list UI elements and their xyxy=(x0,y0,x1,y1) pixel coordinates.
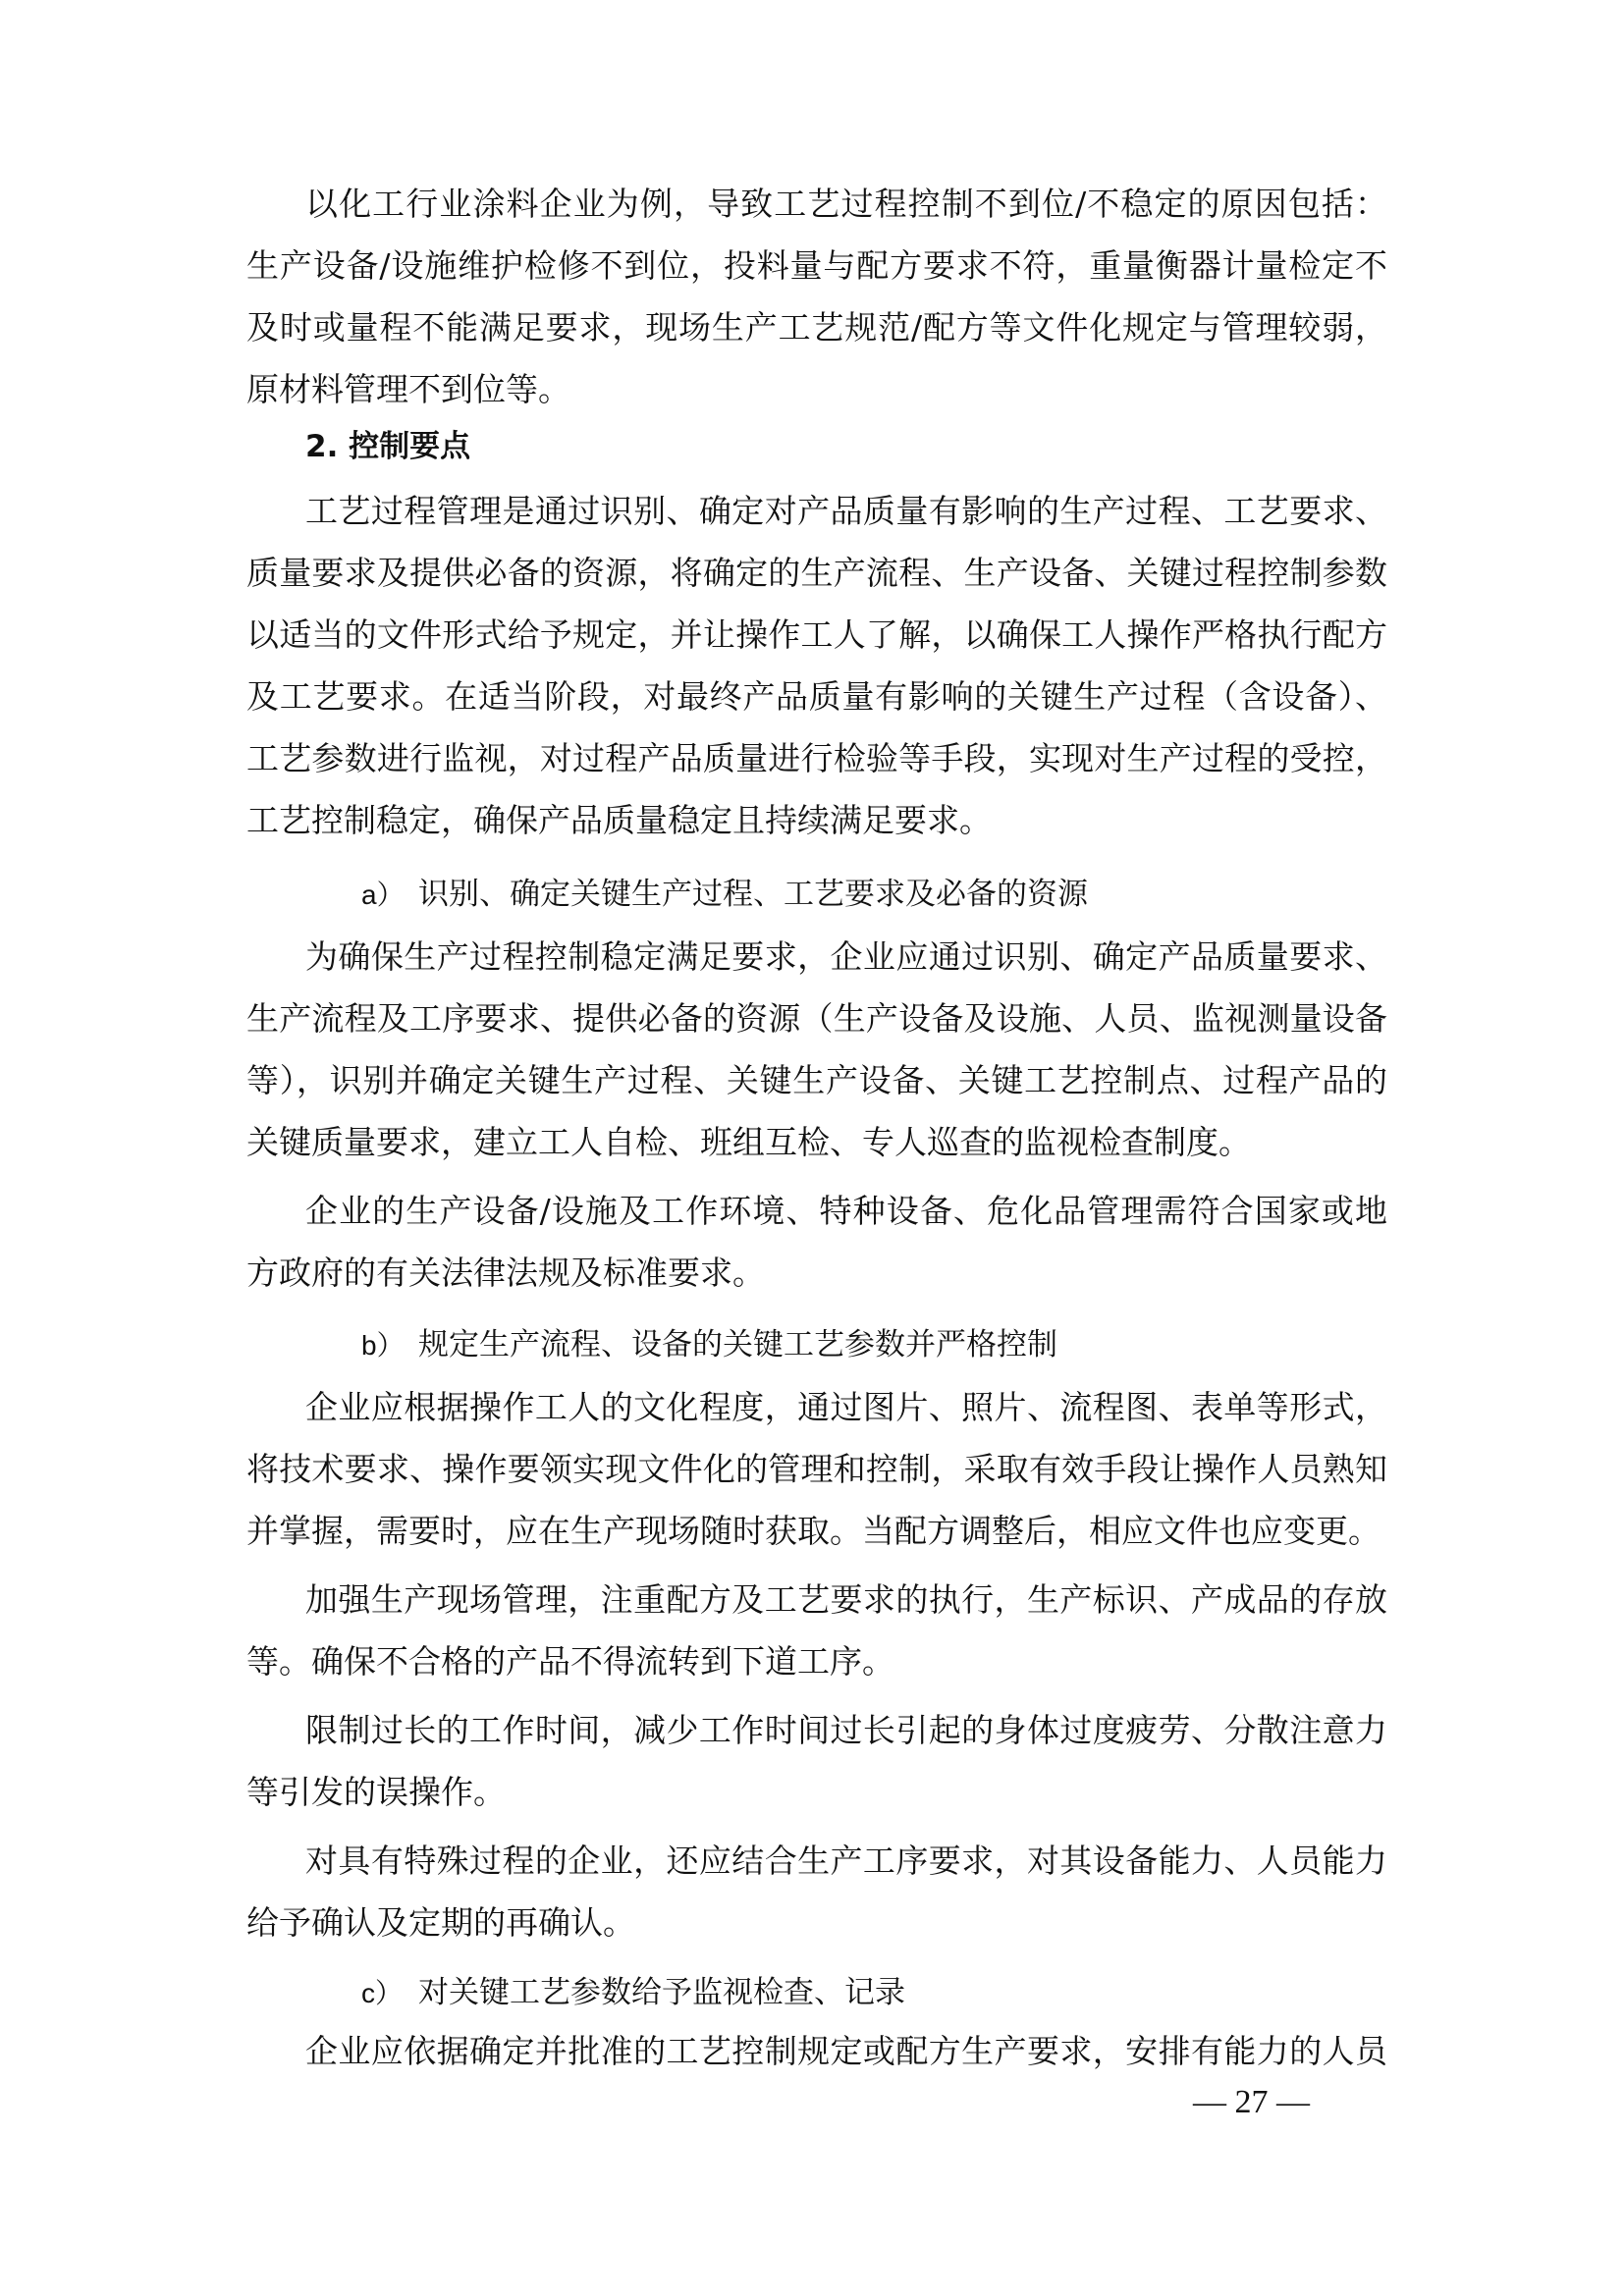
paragraph-line: 工艺参数进行监视，对过程产品质量进行检验等手段，实现对生产过程的受控， xyxy=(246,737,1387,780)
paragraph-line: 关键质量要求，建立工人自检、班组互检、专人巡查的监视检查制度。 xyxy=(246,1121,1387,1164)
paragraph-line: 以适当的文件形式给予规定，并让操作工人了解，以确保工人操作严格执行配方 xyxy=(246,614,1387,657)
subitem-a: a）识别、确定关键生产过程、工艺要求及必备的资源 xyxy=(361,873,1088,917)
page-number: — 27 — xyxy=(1193,2081,1310,2124)
paragraph-line: 以化工行业涂料企业为例，导致工艺过程控制不到位/不稳定的原因包括： xyxy=(305,183,1387,226)
paragraph-line: 对具有特殊过程的企业，还应结合生产工序要求，对其设备能力、人员能力 xyxy=(305,1840,1387,1883)
paragraph-line: 为确保生产过程控制稳定满足要求，企业应通过识别、确定产品质量要求、 xyxy=(305,935,1387,979)
paragraph-line: 工艺过程管理是通过识别、确定对产品质量有影响的生产过程、工艺要求、 xyxy=(305,490,1387,533)
paragraph-line: 企业应依据确定并批准的工艺控制规定或配方生产要求，安排有能力的人员 xyxy=(305,2030,1387,2073)
subitem-marker: b） xyxy=(361,1324,418,1367)
subitem-marker: a） xyxy=(361,874,418,917)
subitem-b: b）规定生产流程、设备的关键工艺参数并严格控制 xyxy=(361,1323,1057,1367)
paragraph-line: 将技术要求、操作要领实现文件化的管理和控制，采取有效手段让操作人员熟知 xyxy=(246,1448,1387,1491)
paragraph-line: 限制过长的工作时间，减少工作时间过长引起的身体过度疲劳、分散注意力 xyxy=(305,1709,1387,1752)
paragraph-line: 等），识别并确定关键生产过程、关键生产设备、关键工艺控制点、过程产品的 xyxy=(246,1059,1387,1102)
paragraph-line: 方政府的有关法律法规及标准要求。 xyxy=(246,1252,1387,1295)
section-heading: 2. 控制要点 xyxy=(305,425,470,468)
subitem-text: 识别、确定关键生产过程、工艺要求及必备的资源 xyxy=(418,877,1088,912)
paragraph-line: 加强生产现场管理，注重配方及工艺要求的执行，生产标识、产成品的存放 xyxy=(305,1578,1387,1622)
paragraph-line: 生产流程及工序要求、提供必备的资源（生产设备及设施、人员、监视测量设备 xyxy=(246,997,1387,1041)
paragraph-line: 等。确保不合格的产品不得流转到下道工序。 xyxy=(246,1640,1387,1683)
subitem-marker: c） xyxy=(361,1972,418,2015)
paragraph-line: 等引发的误操作。 xyxy=(246,1771,1387,1814)
subitem-text: 对关键工艺参数给予监视检查、记录 xyxy=(418,1975,905,2010)
subitem-c: c）对关键工艺参数给予监视检查、记录 xyxy=(361,1971,905,2015)
paragraph-line: 给予确认及定期的再确认。 xyxy=(246,1901,1387,1945)
paragraph-line: 企业的生产设备/设施及工作环境、特种设备、危化品管理需符合国家或地 xyxy=(305,1190,1387,1233)
document-page: 以化工行业涂料企业为例，导致工艺过程控制不到位/不稳定的原因包括： 生产设备/设… xyxy=(0,0,1624,2296)
paragraph-line: 质量要求及提供必备的资源，将确定的生产流程、生产设备、关键过程控制参数 xyxy=(246,552,1387,595)
paragraph-line: 并掌握，需要时，应在生产现场随时获取。当配方调整后，相应文件也应变更。 xyxy=(246,1510,1387,1553)
paragraph-line: 及工艺要求。在适当阶段，对最终产品质量有影响的关键生产过程（含设备）、 xyxy=(246,675,1387,719)
paragraph-line: 及时或量程不能满足要求，现场生产工艺规范/配方等文件化规定与管理较弱， xyxy=(246,306,1387,349)
paragraph-line: 企业应根据操作工人的文化程度，通过图片、照片、流程图、表单等形式， xyxy=(305,1386,1387,1429)
paragraph-line: 工艺控制稳定，确保产品质量稳定且持续满足要求。 xyxy=(246,799,1387,842)
paragraph-line: 生产设备/设施维护检修不到位，投料量与配方要求不符，重量衡器计量检定不 xyxy=(246,244,1387,288)
paragraph-line: 原材料管理不到位等。 xyxy=(246,368,1387,411)
subitem-text: 规定生产流程、设备的关键工艺参数并严格控制 xyxy=(418,1327,1057,1362)
